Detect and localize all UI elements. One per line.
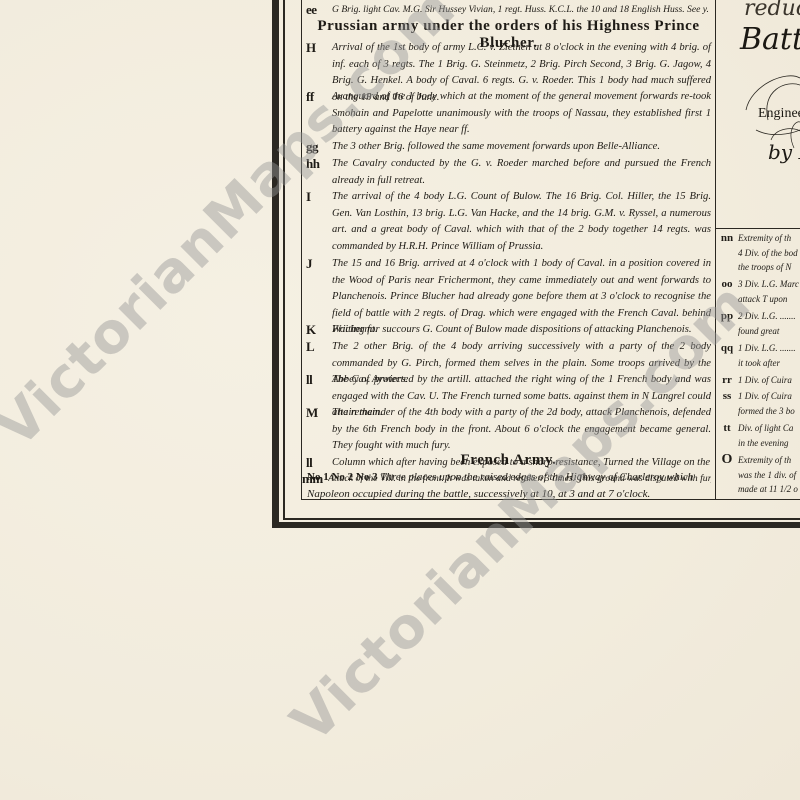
legend-key: ss: [716, 389, 738, 404]
outer-frame-left-thick-rule: [272, 0, 279, 528]
legend-text: Extremity of th: [738, 233, 791, 243]
legend-text: the troops of N: [716, 260, 800, 275]
title-line-engineer: Engineer: [758, 106, 800, 122]
legend-key: rr: [716, 373, 738, 388]
title-line-by: by H.: [768, 140, 800, 164]
right-legend-panel: nnExtremity of th 4 Div. of the bod the …: [716, 228, 800, 500]
legend-text: made at 11 1/2 o: [716, 482, 800, 497]
right-legend-entry-tt: ttDiv. of light Ca in the evening: [716, 421, 800, 450]
legend-text: 1 Div. of Cuira: [738, 375, 792, 385]
legend-text: was the 1 div. of: [716, 468, 800, 483]
legend-text: 4 Div. of the bod: [716, 246, 800, 261]
legend-text: 1 Div. L.G. .......: [738, 343, 796, 353]
legend-text: 1 Div. of Cuira: [738, 391, 792, 401]
right-legend-entry-ss: ss1 Div. of Cuira formed the 3 bo: [716, 389, 800, 418]
legend-key: nn: [716, 231, 738, 246]
title-line-battle: Battle: [740, 22, 800, 57]
legend-text: in the evening: [716, 436, 800, 451]
french-entry-key: No 1 No 2 No 3: [307, 471, 378, 483]
legend-key: tt: [716, 421, 738, 436]
legend-key: O: [716, 453, 738, 468]
right-legend-entry-nn: nnExtremity of th 4 Div. of the bod the …: [716, 231, 800, 275]
legend-text: it took after: [716, 356, 800, 371]
legend-text: 3 Div. L.G. Marc: [738, 279, 799, 289]
right-legend-entry-rr: rr1 Div. of Cuira: [716, 373, 800, 388]
legend-text: Extremity of th: [738, 455, 791, 465]
title-cartouche: reduced Battle Engineer by H.: [716, 0, 800, 228]
legend-text: formed the 3 bo: [716, 404, 800, 419]
title-line-reduced: reduced: [744, 0, 800, 21]
legend-text: Div. of light Ca: [738, 423, 793, 433]
right-legend-entry-O: OExtremity of th was the 1 div. of made …: [716, 453, 800, 497]
outer-frame-left-thin-rule: [283, 0, 285, 520]
french-army-heading: French Army.: [301, 452, 716, 469]
